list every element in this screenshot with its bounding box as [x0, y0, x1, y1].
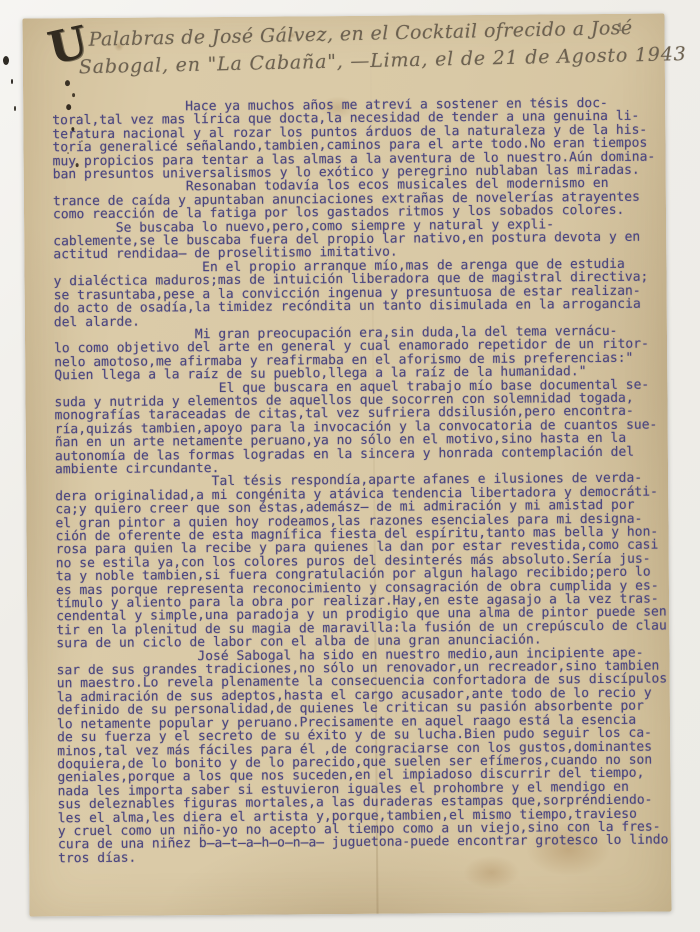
- paragraph-8: José Sabogal ha sido en nuestro medio,au…: [56, 646, 670, 865]
- paragraph-4: En el propio arranque mío,mas de arenga …: [53, 257, 666, 329]
- paragraph-5: Mi gran preocupación era,sin duda,la del…: [54, 324, 666, 382]
- paragraph-6: El que buscara en aquel trabajo mío base…: [54, 378, 667, 477]
- document-page: U Palabras de José Gálvez, en el Cocktai…: [22, 13, 671, 916]
- page-number: 1: [617, 21, 624, 34]
- typed-text-body: Hace ya muchos años me atreví a sostener…: [52, 96, 670, 891]
- paragraph-7: Tal tésis respondía,aparte afanes e ilus…: [55, 472, 668, 651]
- ink-drips: [65, 80, 70, 86]
- paragraph-2: Resonaban todavía los ecos musicales del…: [53, 177, 665, 222]
- paragraph-1: Hace ya muchos años me atreví a sostener…: [52, 96, 665, 181]
- paragraph-3: Se buscaba lo nuevo,pero,como siempre y …: [53, 217, 665, 262]
- ink-splatter-left-edge: [3, 56, 9, 65]
